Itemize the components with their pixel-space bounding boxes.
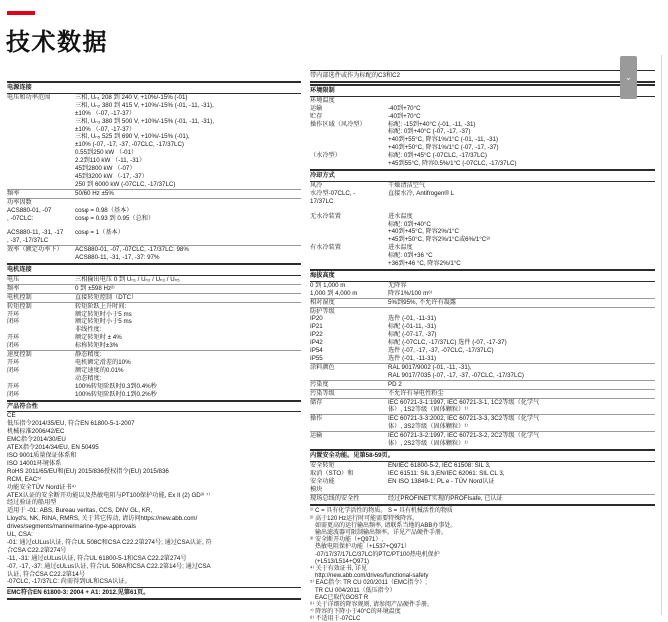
label-line: , -37, -17/37LC: [7, 237, 75, 245]
footnote-line: EAC已取代GOST R: [310, 595, 655, 602]
value-line: 选件 (-07, -17, -37, -07CLC, -17/37LC): [388, 347, 655, 355]
spec-row: 闭环100%转矩阶跃时0.1到0.2%秒: [7, 391, 301, 399]
value-line: 静态精度:: [75, 351, 301, 359]
spec-row: 电机控制直接转矩控制（DTC）: [7, 293, 301, 302]
value-line: PD 2: [388, 381, 655, 389]
value-line: RAL 9017/7035 (-07, -17, -37, -07CLC, -1…: [388, 372, 655, 380]
row-label: 开环: [7, 359, 75, 367]
scroll-collapse-button[interactable]: ⌄: [620, 56, 637, 99]
value-line: 进水温度: [388, 213, 655, 221]
value-line: 转矩阶跃上升时间:: [75, 303, 301, 311]
row-label: 闭环: [7, 318, 75, 326]
row-value: 不允许有导电性粉尘: [388, 390, 655, 398]
label-line: 闭环: [7, 342, 75, 350]
section-title: 冷却方式: [310, 169, 655, 182]
section-title: 产品符合性: [7, 400, 301, 413]
row-value: 额定转矩时小于5 ms: [75, 318, 301, 326]
row-label: 安全转矩取消（STO）和安全功能模块: [310, 462, 388, 494]
value-line: 电机额定滑差的10%: [75, 359, 301, 367]
spec-row: 运输-40到+70°C: [310, 105, 655, 113]
label-line: ACS880-11, -31, -17: [7, 229, 75, 237]
value-line: EN ISO 13849-1: PL e - TÜV Nord认证: [388, 478, 655, 486]
row-value: 进水温度标配: 0到+36 °C+36到+46 °C, 降容2%/1°C: [388, 244, 655, 268]
row-label: 防护等级: [310, 308, 388, 316]
spec-row: 转矩控制转矩阶跃上升时间:: [7, 302, 301, 311]
row-label: 运输: [310, 105, 388, 113]
label-line: IP42: [310, 339, 388, 347]
label-line: 安全功能: [310, 478, 388, 486]
value-line: +40到+50°C, 降容1%/1°C (-07, -17, -37): [388, 144, 655, 152]
row-value: IEC 60721-3-2:1997, IEC 60721-3-2, 2C2等级…: [388, 432, 655, 448]
footnote-line: 热敏电阻保护功能（+L537+Q971）: [310, 544, 655, 551]
value-line: cosφ = 0.98（基本）: [75, 207, 301, 215]
technical-data-page: { "page": { "title": "技术数据" }, "scroll_b…: [0, 0, 668, 622]
spec-row: 闭环额定转矩时小于5 ms: [7, 318, 301, 326]
right-edge-line: [661, 55, 662, 615]
row-value: 直接转矩控制（DTC）: [75, 294, 301, 302]
row-text: EMC符合EN 61800-3: 2004 + A1: 2012.见第61页。: [7, 589, 301, 597]
spec-row: 开环100%转矩阶跃时0.3到0.4%秒: [7, 383, 301, 391]
label-line: 操作区域（风冷型）: [310, 121, 388, 129]
text-line: 带内部选件或作为标配的C3和C2: [310, 72, 655, 80]
row-value: -40到+70°C: [388, 105, 655, 113]
row-label: 风冷: [310, 182, 388, 190]
label-line: IP54: [310, 347, 388, 355]
row-label: 运输: [310, 432, 388, 448]
label-line: 0 到 1,000 m: [310, 282, 388, 290]
value-line: 无降容: [388, 282, 655, 290]
footnote-line: 如需更高的运行输出频率, 请联系当地的ABB办事处。: [310, 523, 655, 530]
spec-row: 现场总线的安全性经过PROFINET实现的PROFIsafe, 已认证: [310, 494, 655, 503]
text-line: 功能安全TÜV Nord证书⁴⁾: [7, 484, 301, 492]
row-value: 5%到95%, 不允许有凝露: [388, 299, 655, 307]
row-value: 电机额定滑差的10%: [75, 359, 301, 367]
spec-row: 带内部选件或作为标配的C3和C2: [310, 70, 655, 83]
spec-row: -11, -31: 通过cULus认证, 符合UL 61800-5-1和CSA …: [7, 555, 301, 563]
row-value: 无降容: [388, 282, 655, 290]
row-text: -07CLC, -17/37LC: 尚需得到UL和CSA认证。: [7, 578, 301, 586]
spec-row: 运输IEC 60721-3-2:1997, IEC 60721-3-2, 2C2…: [310, 431, 655, 448]
spec-row: 功能安全TÜV Nord证书⁴⁾: [7, 484, 301, 492]
spec-row: 机械标准2006/42/EC: [7, 428, 301, 436]
row-value: 标配: 0到+45°C (-07CLC, -17/37LC)+45到55°C, …: [388, 152, 655, 168]
row-label: 储存: [310, 399, 388, 415]
value-line: 额定速度的0.01%: [75, 367, 301, 375]
section-title: 海拔高度: [310, 269, 655, 282]
value-line: ACS880-11, -31, -17, -37: 97%: [75, 254, 301, 262]
value-line: 进水温度: [388, 244, 655, 252]
chevron-down-icon: ⌄: [625, 72, 633, 83]
row-label: 频率: [7, 190, 75, 198]
spec-row: 安全转矩取消（STO）和安全功能模块EN/IEC 61800-5-2, IEC …: [310, 462, 655, 494]
value-line: 三相, Uₙ₃ 380 到 500 V, +10%/-15% (-01, -11…: [75, 118, 301, 126]
row-value: 转矩阶跃上升时间:: [75, 303, 301, 311]
row-value: 选件 (-01, -11-31): [388, 355, 655, 363]
label-line: 功率因数: [7, 199, 75, 207]
label-line: 开环: [7, 359, 75, 367]
row-text: 带内部选件或作为标配的C3和C2: [310, 72, 655, 80]
row-text: -07, -17, -37: 通过cULus认证, 符合UL 508A和CSA …: [7, 563, 301, 571]
spec-row: UL, CSA:: [7, 531, 301, 539]
spec-row: ACS880-11, -31, -17, -37, -17/37LCcosφ =…: [7, 229, 301, 245]
spec-row: ISO 14001环境体系: [7, 460, 301, 468]
spec-row: drives/segments/marine/marine-type-appro…: [7, 523, 301, 531]
row-value: [75, 199, 301, 207]
row-value: [388, 97, 655, 105]
row-value: -40到+70°C: [388, 113, 655, 121]
row-value: 标称转矩时±3%: [75, 342, 301, 350]
value-line: cosφ = 0.93 到 0.95（总和）: [75, 215, 301, 223]
section-title: 内置安全功能。见第58-59页。: [310, 449, 655, 462]
label-line: 速度控制: [7, 351, 75, 359]
spec-row: Lloyd's, NK, RINA, RMRS, 关于其它传动, 请访问http…: [7, 515, 301, 523]
spec-row: 非线性度:: [7, 326, 301, 334]
text-line: Lloyd's, NK, RINA, RMRS, 关于其它传动, 请访问http…: [7, 515, 301, 523]
text-line: 机械标准2006/42/EC: [7, 428, 301, 436]
value-line: 100%转矩阶跃时0.3到0.4%秒: [75, 383, 301, 391]
row-label: 电压和功率范围: [7, 94, 75, 189]
row-label: 现场总线的安全性: [310, 495, 388, 503]
value-line: 选件 (-01, -11-31): [388, 355, 655, 363]
spec-row: 开环电机额定滑差的10%: [7, 359, 301, 367]
spec-row: 操作IEC 60721-3-3:2002, IEC 60721-3-3, 3C2…: [310, 414, 655, 431]
row-value: cosφ = 0.98（基本）cosφ = 0.93 到 0.95（总和）: [75, 207, 301, 223]
spec-row: 速度控制静态精度:: [7, 350, 301, 359]
value-line: 额定转矩时 ± 4%: [75, 334, 301, 342]
row-label: 电机控制: [7, 294, 75, 302]
value-line: EN/IEC 61800-5-2, IEC 61508: SIL 3,: [388, 462, 655, 470]
value-line: 标配: 0到+45°C (-07CLC, -17/37LC): [388, 152, 655, 160]
spec-row: IP55选件 (-01, -11-31): [310, 355, 655, 363]
label-line: 操作: [310, 415, 388, 423]
row-value: 静态精度:: [75, 351, 301, 359]
value-line: 0 到 ±598 Hz²⁾: [75, 285, 301, 293]
spec-row: 电压三相输出电压 0 到 Uₙ₁ / Uₙ₂ / Uₙ₃ / Uₙ₅: [7, 276, 301, 284]
row-value: RAL 9017/9002 (-01, -11, -31),RAL 9017/7…: [388, 364, 655, 380]
value-line: 干燥清洁空气: [388, 182, 655, 190]
footnote-line: ⁴⁾ 关于有效证书, 详见: [310, 566, 655, 573]
spec-row: 闭环标称转矩时±3%: [7, 342, 301, 350]
text-line: RCM, EAC⁵⁾: [7, 476, 301, 484]
row-label: 操作: [310, 415, 388, 431]
spec-row: -07, -17, -37: 通过cULus认证, 符合UL 508A和CSA …: [7, 563, 301, 571]
value-line: 45到3200 kW （-17, -37）: [75, 173, 301, 181]
row-value: 50/60 Hz ±5%: [75, 190, 301, 198]
footnotes: ¹⁾ C = 具有化学活性的物质。 S = 具有机械活性的物质²⁾ 高于120 …: [310, 504, 655, 622]
value-line: 三相, Uₙ₅ 525 到 690 V, +10%/-15% (-01),: [75, 133, 301, 141]
row-value: 直接水冷, Antifrogen® L: [388, 190, 655, 206]
spec-row: -01: 通过cULus认证, 符合UL 508C和CSA C22.2第274号…: [7, 539, 301, 547]
spec-column-left: 电源连接电压和功率范围三相, Uₙ₁ 208 到 240 V, +10%/-15…: [7, 80, 301, 600]
spec-row: 防护等级: [310, 307, 655, 316]
spec-row: 频率0 到 ±598 Hz²⁾: [7, 284, 301, 293]
row-text: -11, -31: 通过cULus认证, 符合UL 61800-5-1和CSA …: [7, 555, 301, 563]
value-line: -40到+70°C: [388, 113, 655, 121]
label-line: 防护等级: [310, 308, 388, 316]
row-text: ISO 14001环境体系: [7, 460, 301, 468]
row-value: 0 到 ±598 Hz²⁾: [75, 285, 301, 293]
label-line: 电机控制: [7, 294, 75, 302]
row-text: RoHS 2011/65/EU和(EU) 2015/836授权指令(EU) 20…: [7, 468, 301, 476]
row-value: 选件 (-07, -17, -37, -07CLC, -17/37LC): [388, 347, 655, 355]
row-label: 转矩控制: [7, 303, 75, 311]
spec-row: RoHS 2011/65/EU和(EU) 2015/836授权指令(EU) 20…: [7, 468, 301, 476]
spec-row: 环境温度: [310, 97, 655, 105]
value-line: 体）, 3S2等级（固体颗粒）¹⁾: [388, 423, 655, 431]
row-label: 开环: [7, 383, 75, 391]
row-label: 无水冷装置: [310, 213, 388, 245]
label-line: IP21: [310, 323, 388, 331]
spec-row: 污染等级不允许有导电性粉尘: [310, 389, 655, 398]
row-value: 标配 (-07-17, -37): [388, 331, 655, 339]
spec-row: 功率因数: [7, 198, 301, 207]
value-line: 标称转矩时±3%: [75, 342, 301, 350]
label-line: 开环: [7, 334, 75, 342]
row-text: ATEX指令2014/34/EU, EN 50495: [7, 444, 301, 452]
row-value: PD 2: [388, 381, 655, 389]
abb-red-dash: [7, 11, 35, 15]
label-line: 闭环: [7, 391, 75, 399]
footnote-line: ²⁾ 高于120 Hz运行时可能需要特殊降容。: [310, 516, 655, 523]
spec-row: 闭环额定速度的0.01%: [7, 367, 301, 375]
label-line: 安全转矩: [310, 462, 388, 470]
spec-row: 贮存-40到+70°C: [310, 113, 655, 121]
row-label: 水冷型-07CLC, -17/37LC: [310, 190, 388, 206]
value-line: 三相, Uₙ₂ 380 到 415 V, +10%/-15% (-01, -11…: [75, 102, 301, 110]
spec-row: EMC符合EN 61800-3: 2004 + A1: 2012.见第61页。: [7, 587, 301, 600]
spec-row: 开环额定转矩时小于5 ms: [7, 311, 301, 319]
spec-row: 有水冷装置进水温度标配: 0到+36 °C+36到+46 °C, 降容2%/1°…: [310, 244, 655, 268]
row-text: 合CSA C22.2第274号: [7, 547, 301, 555]
row-label: ACS880-11, -31, -17, -37, -17/37LC: [7, 229, 75, 245]
spec-row: IP22标配 (-07-17, -37): [310, 331, 655, 339]
label-line: 开环: [7, 383, 75, 391]
spec-row: 开环额定转矩时 ± 4%: [7, 334, 301, 342]
spec-column-right: 带内部选件或作为标配的C3和C2环境限制环境温度运输-40到+70°C贮存-40…: [310, 70, 655, 622]
value-line: IEC 60721-3-2:1997, IEC 60721-3-2, 2C2等级…: [388, 432, 655, 440]
row-value: 100%转矩阶跃时0.1到0.2%秒: [75, 391, 301, 399]
text-line: drives/segments/marine/marine-type-appro…: [7, 523, 301, 531]
row-value: 三相, Uₙ₁ 208 到 240 V, +10%/-15% (-01)三相, …: [75, 94, 301, 189]
footnote-line: (+L513/L514+Q971): [310, 559, 655, 566]
spec-row: 0 到 1,000 m无降容: [310, 282, 655, 290]
row-value: 经过PROFINET实现的PROFIsafe, 已认证: [388, 495, 655, 503]
label-line: 效率（额定功率下）: [7, 246, 75, 254]
spec-row: ISO 9001质量保证体系和: [7, 452, 301, 460]
value-line: IEC 61511: SIL 3,EN/IEC 62061: SIL CL 3,: [388, 470, 655, 478]
value-line: 经过PROFINET实现的PROFIsafe, 已认证: [388, 495, 655, 503]
value-line: 降容1%/100 m⁶⁾: [388, 290, 655, 298]
value-line: 体）, 1S2等级（固体颗粒）¹⁾: [388, 406, 655, 414]
value-line: ACS880-01, -07, -07CLC, -17/37LC: 98%: [75, 246, 301, 254]
row-value: 100%转矩阶跃时0.3到0.4%秒: [75, 383, 301, 391]
row-value: 三相输出电压 0 到 Uₙ₁ / Uₙ₂ / Uₙ₃ / Uₙ₅: [75, 276, 301, 284]
value-line: 额定转矩时小于5 ms: [75, 318, 301, 326]
label-line: 闭环: [7, 318, 75, 326]
text-line: EMC符合EN 61800-3: 2004 + A1: 2012.见第61页。: [7, 589, 301, 597]
row-value: ACS880-01, -07, -07CLC, -17/37LC: 98%ACS…: [75, 246, 301, 262]
row-label: 闭环: [7, 367, 75, 375]
value-line: 250 到 6000 kW (-07CLC, -17/37LC): [75, 181, 301, 189]
value-line: +45到55°C, 降容0.5%/1°C (-07CLC, -17/37LC): [388, 160, 655, 168]
value-line: 三相, Uₙ₁ 208 到 240 V, +10%/-15% (-01): [75, 94, 301, 102]
row-value: IEC 60721-3-1:1997, IEC 60721-3-1, 1C2等级…: [388, 399, 655, 415]
row-value: EN/IEC 61800-5-2, IEC 61508: SIL 3,IEC 6…: [388, 462, 655, 494]
text-line: EMC指令2014/30/EU: [7, 436, 301, 444]
value-line: 直接水冷, Antifrogen® L: [388, 190, 655, 198]
spec-row: （水冷型）标配: 0到+45°C (-07CLC, -17/37LC)+45到5…: [310, 152, 655, 168]
row-label: 电压: [7, 276, 75, 284]
footnote-line: ⁸⁾ 不适用于-07CLC: [310, 616, 655, 622]
spec-row: IP42标配 (-07CLC, -17/37LC) 选件 (-07, -17-3…: [310, 339, 655, 347]
spec-row: 无水冷装置进水温度标配: 0到+40°C+40到+45°C, 降容2%/1°C+…: [310, 213, 655, 245]
value-line: 0.55到250 kW （-01）: [75, 149, 301, 157]
label-line: 转矩控制: [7, 303, 75, 311]
value-line: 5%到95%, 不允许有凝露: [388, 299, 655, 307]
row-text: Lloyd's, NK, RINA, RMRS, 关于其它传动, 请访问http…: [7, 515, 301, 523]
text-line: ISO 9001质量保证体系和: [7, 452, 301, 460]
spec-row: 涂料颜色RAL 9017/9002 (-01, -11, -31),RAL 90…: [310, 363, 655, 380]
label-line: 污染度: [310, 381, 388, 389]
text-line: ISO 14001环境体系: [7, 460, 301, 468]
row-value: IEC 60721-3-3:2002, IEC 60721-3-3, 3C2等级…: [388, 415, 655, 431]
spec-row: RCM, EAC⁵⁾: [7, 476, 301, 484]
footnote-line: ¹⁾ C = 具有化学活性的物质。 S = 具有机械活性的物质: [310, 508, 655, 515]
value-line: 体）, 2S2等级（固体颗粒）¹⁾: [388, 440, 655, 448]
label-line: , -07CLC:: [7, 215, 75, 223]
text-line: RoHS 2011/65/EU和(EU) 2015/836授权指令(EU) 20…: [7, 468, 301, 476]
footnote-line: ⁷⁾ 降容的下降小于40°C的环境温度: [310, 609, 655, 616]
spec-row: 污染度PD 2: [310, 380, 655, 389]
row-text: 功能安全TÜV Nord证书⁴⁾: [7, 484, 301, 492]
row-text: -01: 通过cULus认证, 符合UL 508C和CSA C22.2第274号…: [7, 539, 301, 547]
text-line: -07, -17, -37: 通过cULus认证, 符合UL 508A和CSA …: [7, 563, 301, 571]
spec-row: 动态精度:: [7, 375, 301, 383]
label-line: 涂料颜色: [310, 364, 388, 372]
row-label: IP22: [310, 331, 388, 339]
label-line: （水冷型）: [310, 152, 388, 160]
row-label: 操作区域（风冷型）: [310, 121, 388, 153]
spec-row: -07CLC, -17/37LC: 尚需得到UL和CSA认证。: [7, 578, 301, 586]
value-line: 2.2到110 kW （-11, -31）: [75, 157, 301, 165]
value-line: 45到2800 kW （-07）: [75, 165, 301, 173]
spec-row: 操作区域（风冷型）标配: -15到+40°C (-01, -11, -31)标配…: [310, 121, 655, 153]
row-label: （水冷型）: [310, 152, 388, 168]
row-label: 效率（额定功率下）: [7, 246, 75, 262]
section-title: 环境限制: [310, 84, 655, 97]
row-value: 额定速度的0.01%: [75, 367, 301, 375]
value-line: 直接转矩控制（DTC）: [75, 294, 301, 302]
value-line: 标配 (-07-17, -37): [388, 331, 655, 339]
value-line: 标配: 0到+36 °C: [388, 252, 655, 260]
label-line: 无水冷装置: [310, 213, 388, 221]
label-line: 频率: [7, 285, 75, 293]
spec-row: 效率（额定功率下）ACS880-01, -07, -07CLC, -17/37L…: [7, 245, 301, 262]
row-label: 污染等级: [310, 390, 388, 398]
value-line: ±10% （-07, -17-37）: [75, 110, 301, 118]
row-value: cosφ = 1（基本）: [75, 229, 301, 245]
value-line: +36到+46 °C, 降容2%/1°C: [388, 260, 655, 268]
text-line: -11, -31: 通过cULus认证, 符合UL 61800-5-1和CSA …: [7, 555, 301, 563]
row-label: 1,000 到 4,000 m: [310, 290, 388, 298]
row-label: 涂料颜色: [310, 364, 388, 380]
row-label: 闭环: [7, 391, 75, 399]
spec-row: 储存IEC 60721-3-1:1997, IEC 60721-3-1, 1C2…: [310, 398, 655, 415]
text-line: UL, CSA:: [7, 531, 301, 539]
footnote-line: TR CU 004/2011（低压指令）: [310, 588, 655, 595]
row-label: [7, 375, 75, 383]
row-text: 机械标准2006/42/EC: [7, 428, 301, 436]
footnote-line: -07/17/37/17LC/37LC的PTC/PT100热电机保护: [310, 552, 655, 559]
row-value: 额定转矩时 ± 4%: [75, 334, 301, 342]
row-label: 闭环: [7, 342, 75, 350]
row-text: drives/segments/marine/marine-type-appro…: [7, 523, 301, 531]
text-line: 合CSA C22.2第274号: [7, 547, 301, 555]
label-line: 闭环: [7, 367, 75, 375]
row-label: 频率: [7, 285, 75, 293]
row-label: 有水冷装置: [310, 244, 388, 268]
row-value: 干燥清洁空气: [388, 182, 655, 190]
value-line: 不允许有导电性粉尘: [388, 390, 655, 398]
row-text: EMC指令2014/30/EU: [7, 436, 301, 444]
label-line: 模块: [310, 486, 388, 494]
label-line: IP22: [310, 331, 388, 339]
label-line: 运输: [310, 105, 388, 113]
label-line: 电压和功率范围: [7, 94, 75, 102]
row-text: RCM, EAC⁵⁾: [7, 476, 301, 484]
spec-row: 频率50/60 Hz ±5%: [7, 189, 301, 198]
label-line: 污染等级: [310, 390, 388, 398]
spec-row: ACS880-01, -07, -07CLC:cosφ = 0.98（基本）co…: [7, 207, 301, 223]
spec-row: 相对湿度5%到95%, 不允许有凝露: [310, 298, 655, 307]
row-label: ACS880-01, -07, -07CLC:: [7, 207, 75, 223]
spec-row: IP54选件 (-07, -17, -37, -07CLC, -17/37LC): [310, 347, 655, 355]
spec-row: IP20选件 (-01, -11-31): [310, 315, 655, 323]
row-label: 速度控制: [7, 351, 75, 359]
section-title: 电机连接: [7, 263, 301, 276]
row-value: 进水温度标配: 0到+40°C+40到+45°C, 降容2%/1°C+45到+5…: [388, 213, 655, 245]
label-line: 贮存: [310, 113, 388, 121]
label-line: 取消（STO）和: [310, 470, 388, 478]
row-label: IP54: [310, 347, 388, 355]
row-label: 污染度: [310, 381, 388, 389]
value-line: +45到+50°C, 降容2%/1°C或6%/1°C⁸⁾: [388, 236, 655, 244]
label-line: 运输: [310, 432, 388, 440]
row-label: 相对湿度: [310, 299, 388, 307]
row-label: 开环: [7, 334, 75, 342]
label-line: 有水冷装置: [310, 244, 388, 252]
label-line: IP55: [310, 355, 388, 363]
row-label: 贮存: [310, 113, 388, 121]
row-label: IP20: [310, 315, 388, 323]
row-label: IP42: [310, 339, 388, 347]
label-line: 储存: [310, 399, 388, 407]
label-line: 环境温度: [310, 97, 388, 105]
spec-row: 风冷干燥清洁空气: [310, 182, 655, 190]
row-text: ISO 9001质量保证体系和: [7, 452, 301, 460]
spec-row: 合CSA C22.2第274号: [7, 547, 301, 555]
spec-row: IP21标配 (-01-11, -31): [310, 323, 655, 331]
footnote-line: ⁵⁾ EAC指令: TR CU 020/2011（EMC指令）;: [310, 580, 655, 587]
spec-row: 水冷型-07CLC, -17/37LC直接水冷, Antifrogen® L: [310, 190, 655, 206]
label-line: 水冷型-07CLC, -: [310, 190, 388, 198]
spec-row: 电压和功率范围三相, Uₙ₁ 208 到 240 V, +10%/-15% (-…: [7, 94, 301, 189]
text-line: -01: 通过cULus认证, 符合UL 508C和CSA C22.2第274号…: [7, 539, 301, 547]
row-label: IP55: [310, 355, 388, 363]
spec-row: EMC指令2014/30/EU: [7, 436, 301, 444]
label-line: 风冷: [310, 182, 388, 190]
row-label: IP21: [310, 323, 388, 331]
